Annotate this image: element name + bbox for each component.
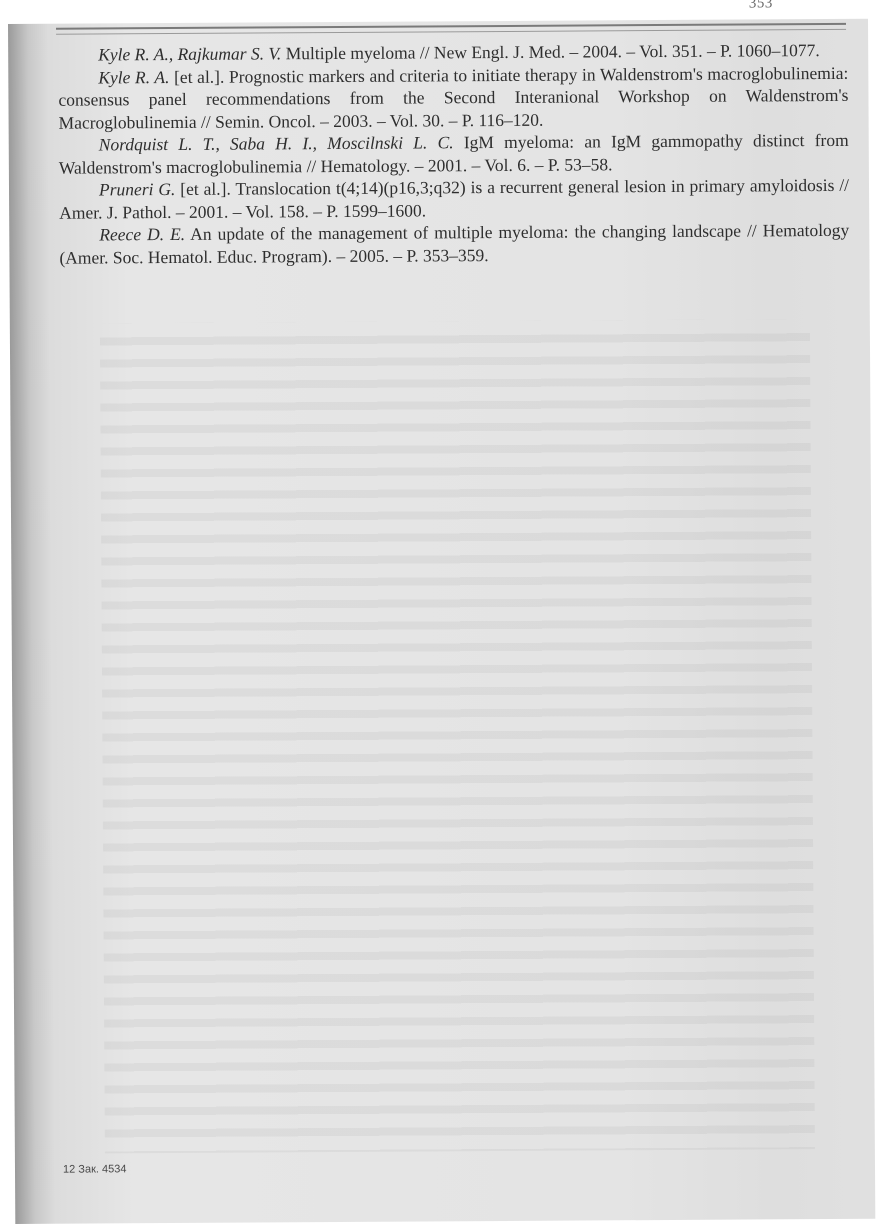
reference-item: Nordquist L. T., Saba H. I., Moscilnski …: [59, 129, 849, 179]
reference-authors: Reece D. E.: [99, 224, 185, 245]
reference-item: Pruneri G. [et al.]. Translocation t(4;1…: [59, 174, 849, 224]
reference-text: [et al.]. Translocation t(4;14)(p16,3;q3…: [59, 175, 849, 222]
page-number: 353: [749, 0, 773, 12]
reference-authors: Pruneri G.: [99, 179, 175, 199]
reference-authors: Kyle R. A.: [98, 67, 169, 87]
reference-authors: Nordquist L. T., Saba H. I., Moscilnski …: [99, 132, 454, 154]
reference-authors: Kyle R. A., Rajkumar S. V.: [98, 43, 281, 64]
reference-text: [et al.]. Prognostic markers and criteri…: [58, 62, 848, 132]
scanned-page: 353 Kyle R. A., Rajkumar S. V. Multiple …: [8, 19, 875, 1224]
reference-item: Kyle R. A. [et al.]. Prognostic markers …: [58, 61, 848, 133]
printer-note: 12 Зак. 4534: [63, 1163, 127, 1175]
show-through-texture: [100, 319, 815, 1153]
reference-text: Multiple myeloma // New Engl. J. Med. – …: [281, 40, 820, 63]
reference-item: Reece D. E. An update of the management …: [59, 219, 849, 269]
reference-list: Kyle R. A., Rajkumar S. V. Multiple myel…: [58, 39, 849, 269]
header-rule: [56, 23, 846, 35]
